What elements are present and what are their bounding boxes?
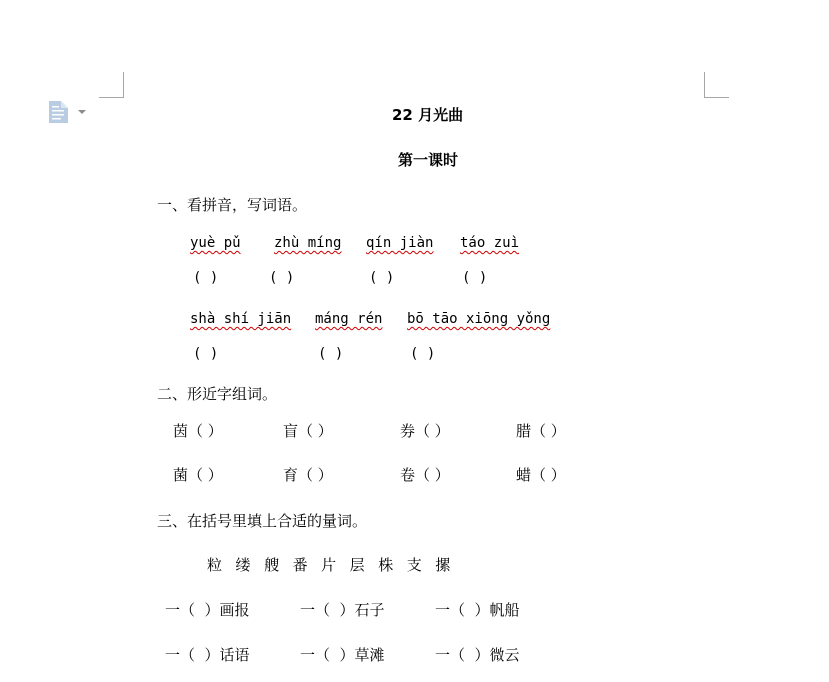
- char-item: 蜡（ ）: [516, 465, 566, 485]
- blank-text: ( ): [269, 270, 294, 286]
- blank-text: ( ): [318, 346, 343, 362]
- measure-word-item: 一（ ）话语: [165, 645, 250, 665]
- char-item: 腊（ ）: [516, 421, 566, 441]
- char-item: 茵（ ）: [173, 421, 223, 441]
- blank-text: ( ): [193, 270, 218, 286]
- margin-mark-left-vertical: [123, 72, 124, 98]
- margin-mark-right-vertical: [704, 72, 705, 98]
- measure-word-item: 一（ ）石子: [300, 600, 385, 620]
- char-item: 盲（ ）: [283, 421, 333, 441]
- page-title: 22 月光曲: [392, 105, 463, 125]
- blank-text: ( ): [462, 270, 487, 286]
- section-3-heading: 三、在括号里填上合适的量词。: [157, 511, 367, 531]
- chevron-down-icon[interactable]: [78, 110, 86, 114]
- document-icon[interactable]: [49, 101, 68, 123]
- pinyin-item: shà shí jiān: [190, 309, 291, 329]
- pinyin-item: bō tāo xiōng yǒng: [407, 309, 550, 329]
- pinyin-item: máng rén: [315, 309, 382, 329]
- word-bank: 粒 缕 艘 番 片 层 株 支 摞: [207, 555, 450, 575]
- pinyin-item: zhù míng: [274, 233, 341, 253]
- pinyin-item: qín jiàn: [366, 233, 433, 253]
- blank-text: ( ): [410, 346, 435, 362]
- answer-blank[interactable]: ( ): [369, 268, 394, 288]
- answer-blank[interactable]: ( ): [269, 268, 294, 288]
- answer-blank[interactable]: ( ): [193, 268, 218, 288]
- pinyin-item: yuè pǔ: [190, 233, 241, 253]
- margin-mark-right-horizontal: [704, 97, 729, 98]
- measure-word-item: 一（ ）画报: [165, 600, 250, 620]
- answer-blank[interactable]: ( ): [410, 344, 435, 364]
- section-2-heading: 二、形近字组词。: [157, 384, 277, 404]
- char-item: 券（ ）: [400, 421, 450, 441]
- answer-blank[interactable]: ( ): [193, 344, 218, 364]
- blank-text: ( ): [369, 270, 394, 286]
- pinyin-item: táo zuì: [460, 233, 519, 253]
- measure-word-item: 一（ ）帆船: [435, 600, 520, 620]
- measure-word-item: 一（ ）微云: [435, 645, 520, 665]
- measure-word-item: 一（ ）草滩: [300, 645, 385, 665]
- char-item: 卷（ ）: [400, 465, 450, 485]
- answer-blank[interactable]: ( ): [462, 268, 487, 288]
- section-1-heading: 一、看拼音，写词语。: [157, 195, 307, 215]
- margin-mark-left-horizontal: [99, 97, 124, 98]
- char-item: 菌（ ）: [173, 465, 223, 485]
- page-subtitle: 第一课时: [398, 150, 458, 170]
- char-item: 育（ ）: [283, 465, 333, 485]
- answer-blank[interactable]: ( ): [318, 344, 343, 364]
- blank-text: ( ): [193, 346, 218, 362]
